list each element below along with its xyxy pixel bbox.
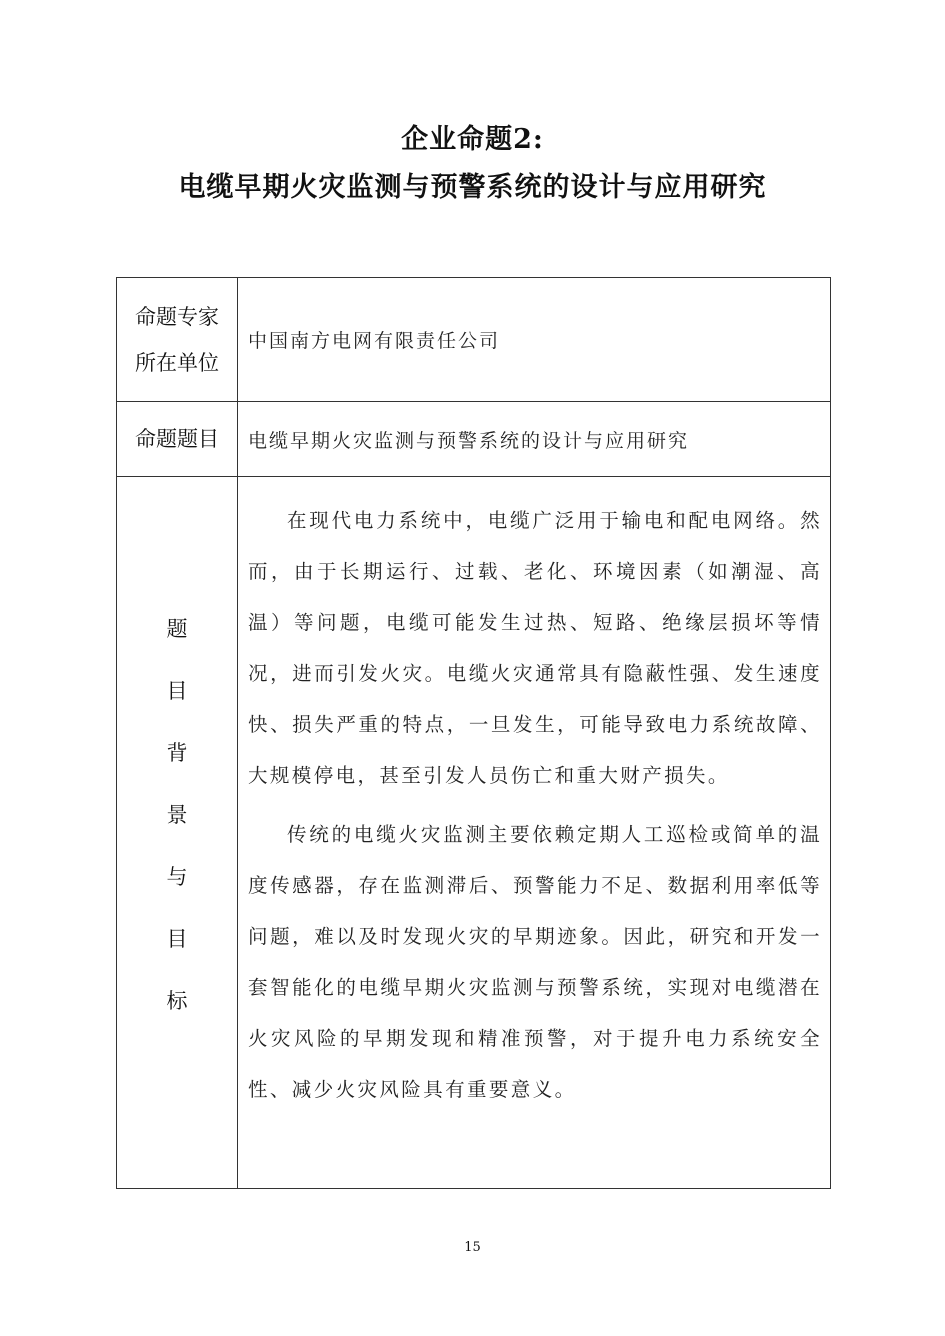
background-paragraph: 在现代电力系统中，电缆广泛用于输电和配电网络。然而，由于长期运行、过载、老化、环…	[248, 495, 822, 801]
background-goals-label-char: 与	[167, 862, 188, 924]
background-goals-label-char: 目	[167, 676, 188, 738]
table-row-topic-title: 命题题目 电缆早期火灾监测与预警系统的设计与应用研究	[117, 402, 831, 477]
proposal-table: 命题专家 所在单位 中国南方电网有限责任公司 命题题目 电缆早期火灾监测与预警系…	[116, 277, 831, 1189]
background-goals-label-char: 标	[167, 986, 188, 1048]
background-goals-label-char: 景	[167, 800, 188, 862]
page-number: 15	[0, 1240, 945, 1255]
document-title-line2: 电缆早期火灾监测与预警系统的设计与应用研究	[0, 168, 945, 208]
background-goals-label-char: 背	[167, 738, 188, 800]
background-goals-label-char: 目	[167, 924, 188, 986]
table-row-expert-unit: 命题专家 所在单位 中国南方电网有限责任公司	[117, 278, 831, 402]
expert-unit-label-line2: 所在单位	[117, 340, 237, 386]
background-goals-content: 在现代电力系统中，电缆广泛用于输电和配电网络。然而，由于长期运行、过载、老化、环…	[238, 477, 831, 1189]
expert-unit-value: 中国南方电网有限责任公司	[238, 278, 831, 402]
topic-title-label: 命题题目	[117, 402, 238, 477]
expert-unit-label: 命题专家 所在单位	[117, 278, 238, 402]
goals-paragraph: 传统的电缆火灾监测主要依赖定期人工巡检或简单的温度传感器，存在监测滞后、预警能力…	[248, 809, 822, 1115]
document-title-line1: 企业命题2:	[0, 120, 945, 160]
expert-unit-label-line1: 命题专家	[117, 294, 237, 340]
background-goals-label-char: 题	[167, 614, 188, 676]
topic-title-value: 电缆早期火灾监测与预警系统的设计与应用研究	[238, 402, 831, 477]
table-row-background-goals: 题 目 背 景 与 目 标 在现代电力系统中，电缆广泛用于输电和配电网络。然而，…	[117, 477, 831, 1189]
background-goals-label: 题 目 背 景 与 目 标	[117, 477, 238, 1189]
